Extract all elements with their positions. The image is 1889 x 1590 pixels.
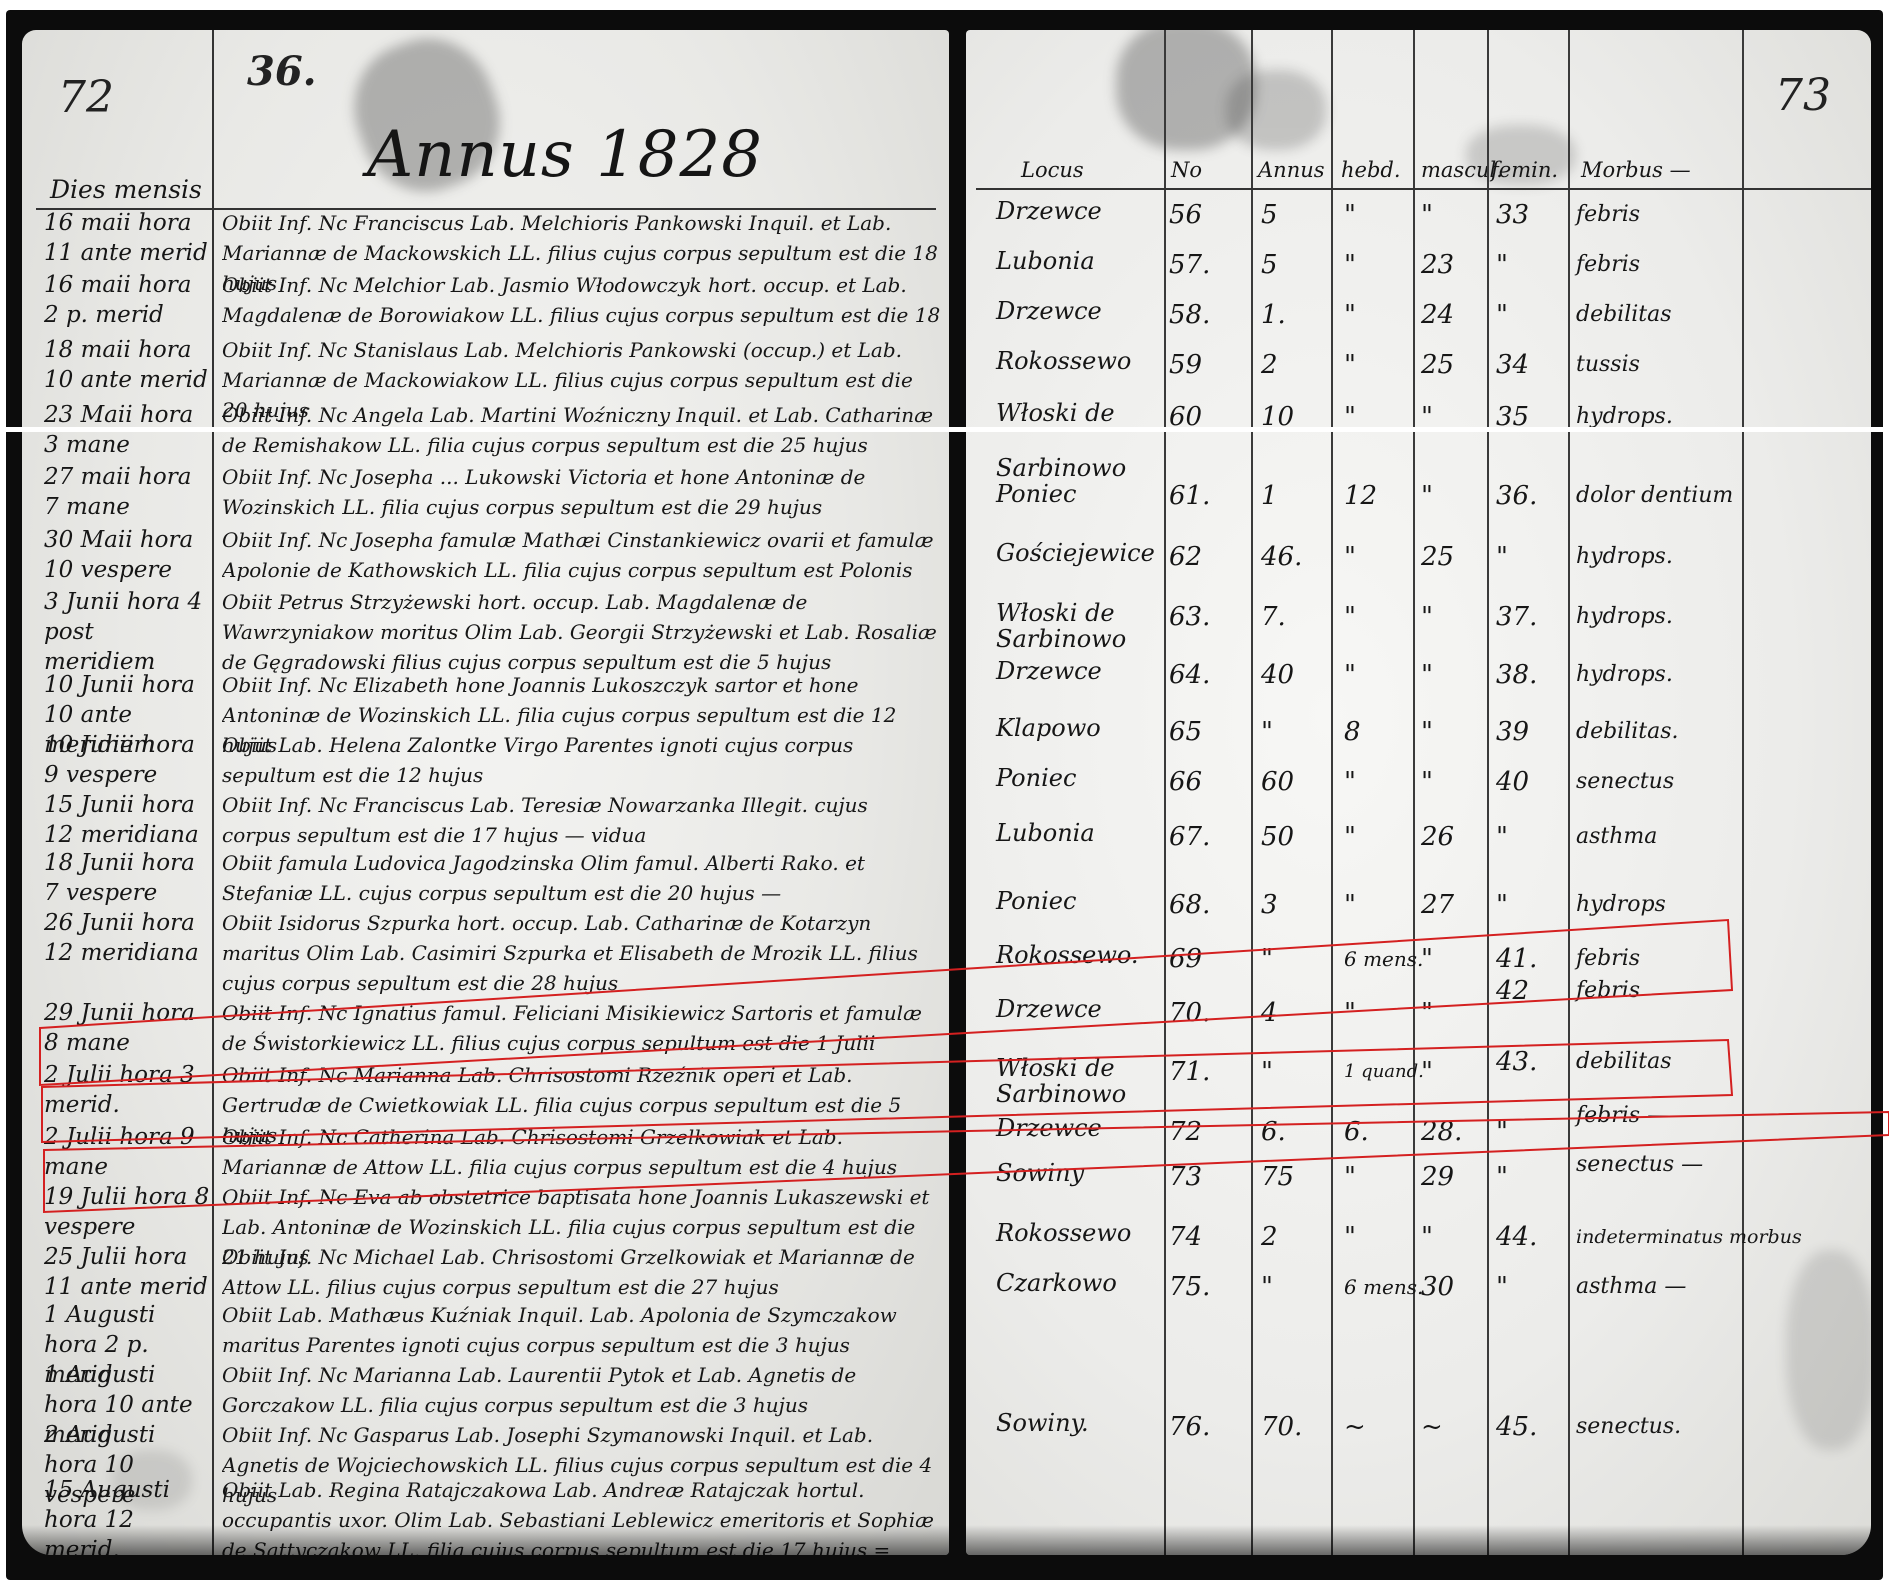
cell-disease: febris: [1576, 974, 1640, 1008]
cell-female: 34: [1496, 348, 1529, 382]
cell-female: 45.: [1496, 1410, 1537, 1444]
cell-locus: Sowiny: [996, 1160, 1161, 1186]
cell-locus: Rokossewo: [996, 348, 1161, 374]
cell-years: 3: [1261, 888, 1278, 922]
cell-number: 62: [1169, 540, 1202, 574]
cell-number: 75.: [1169, 1270, 1210, 1304]
entry-date: 18 Junii hora 7 vespere: [44, 848, 212, 908]
header-rule: [976, 188, 1871, 190]
page-title: Annus 1828: [367, 118, 763, 192]
cell-locus: Drzewce: [996, 1115, 1161, 1141]
entry-date: 18 maii hora 10 ante merid: [44, 335, 212, 395]
cell-locus: Rokossewo.: [996, 942, 1161, 968]
cell-male: ": [1421, 600, 1433, 634]
cell-female: 39: [1496, 715, 1529, 749]
cell-female: 44.: [1496, 1220, 1537, 1254]
column-header-locus: Locus: [1021, 158, 1084, 182]
entry-date: 2 Julii hora 3 merid.: [44, 1060, 212, 1120]
entry-date: 16 maii hora 2 p. merid: [44, 270, 212, 330]
cell-years: 1.: [1261, 298, 1286, 332]
cell-locus: Drzewce: [996, 298, 1161, 324]
right-page: 73 Locus No Annus hebd. mascul. femin. M…: [966, 30, 1871, 1555]
column-header-number: No: [1171, 158, 1202, 182]
table-row: Drzewce 58. 1. " 24 " debilitas: [966, 298, 1871, 348]
cell-weeks: ": [1344, 888, 1356, 922]
entry-date: 27 maii hora 7 mane: [44, 462, 212, 522]
cell-weeks: ": [1344, 540, 1356, 574]
table-row: Drzewce 64. 40 " " 38. hydrops.: [966, 658, 1871, 708]
page-edge-shadow: [22, 1525, 949, 1555]
cell-male: ": [1421, 1220, 1433, 1254]
cell-weeks: ": [1344, 820, 1356, 854]
cell-number: 58.: [1169, 298, 1210, 332]
cell-locus: Poniec: [996, 765, 1161, 791]
cell-locus: Gościejewice: [996, 540, 1161, 566]
column-header-weeks: hebd.: [1341, 158, 1401, 182]
table-row: Sowiny. 76. 70. ~ ~ 45. senectus.: [966, 1410, 1871, 1460]
table-row: Rokossewo 74 2 " " 44. indeterminatus mo…: [966, 1220, 1871, 1270]
cell-male: 30: [1421, 1270, 1454, 1304]
cell-years: 5: [1261, 198, 1278, 232]
cell-disease: hydrops.: [1576, 540, 1673, 574]
water-stain: [1226, 70, 1326, 150]
cell-female: ": [1496, 1115, 1508, 1149]
folio-number: 36.: [247, 48, 317, 95]
cell-locus: Drzewce: [996, 198, 1161, 224]
cell-number: 57.: [1169, 248, 1210, 282]
cell-number: 69: [1169, 942, 1202, 976]
cell-years: 2: [1261, 1220, 1278, 1254]
cell-number: 59: [1169, 348, 1202, 382]
cell-years: 60: [1261, 765, 1294, 799]
column-header-disease: Morbus —: [1581, 158, 1691, 182]
table-row: Lubonia 67. 50 " 26 " asthma: [966, 820, 1871, 870]
cell-locus: Czarkowo: [996, 1270, 1161, 1296]
entry-text: Obiit Inf. Nc Catherina Lab. Chrisostomi…: [222, 1122, 942, 1182]
table-row: Czarkowo 75. " 6 mens. 30 " asthma —: [966, 1270, 1871, 1320]
entry-date: 30 Maii hora 10 vespere: [44, 525, 212, 585]
entry-text: Obiit Inf. Nc Michael Lab. Chrisostomi G…: [222, 1242, 942, 1302]
cell-years: 40: [1261, 658, 1294, 692]
entry-date: 26 Junii hora 12 meridiana: [44, 908, 212, 968]
cell-male: ": [1421, 479, 1433, 513]
cell-male: 27: [1421, 888, 1454, 922]
ledger-scan: 72 36. Annus 1828 Dies mensis 16 maii ho…: [6, 10, 1883, 1580]
cell-disease: dolor dentium: [1576, 479, 1733, 513]
entry-date: 25 Julii hora 11 ante merid: [44, 1242, 212, 1302]
cell-male: 25: [1421, 540, 1454, 574]
cell-female: 38.: [1496, 658, 1537, 692]
cell-years: ": [1261, 1055, 1273, 1089]
cell-disease: debilitas: [1576, 1045, 1672, 1079]
cell-female: ": [1496, 1270, 1508, 1304]
cell-female: ": [1496, 1160, 1508, 1194]
cell-weeks: 1 quand.: [1344, 1055, 1424, 1089]
page-number: 72: [58, 72, 114, 123]
entry-text: Obiit Isidorus Szpurka hort. occup. Lab.…: [222, 908, 942, 998]
table-row: Włoski de Sarbinowo 63. 7. " " 37. hydro…: [966, 600, 1871, 650]
table-row: Rokossewo 59 2 " 25 34 tussis: [966, 348, 1871, 398]
cell-weeks: 8: [1344, 715, 1361, 749]
cell-locus: Drzewce: [996, 996, 1161, 1022]
cell-locus: Klapowo: [996, 715, 1161, 741]
cell-locus: Włoski de: [996, 400, 1161, 426]
cell-number: 70.: [1169, 996, 1210, 1030]
entry-date: 15 Junii hora 12 meridiana: [44, 790, 212, 850]
cell-male: ": [1421, 942, 1433, 976]
table-row: Poniec 68. 3 " 27 " hydrops: [966, 888, 1871, 938]
cell-locus: Lubonia: [996, 248, 1161, 274]
cell-number: 68.: [1169, 888, 1210, 922]
cell-years: 70.: [1261, 1410, 1302, 1444]
cell-years: 46.: [1261, 540, 1302, 574]
left-page: 72 36. Annus 1828 Dies mensis 16 maii ho…: [22, 30, 949, 1555]
cell-weeks: ": [1344, 348, 1356, 382]
table-row-highlighted: Drzewce 70. 4 " " 42 febris: [966, 996, 1871, 1046]
column-divider: [212, 30, 214, 1555]
cell-weeks: ": [1344, 658, 1356, 692]
entry-date: 10 Junii hora 9 vespere: [44, 730, 212, 790]
cell-years: 50: [1261, 820, 1294, 854]
cell-disease: hydrops.: [1576, 600, 1673, 634]
entry-text: Obiit Lab. Helena Zalontke Virgo Parente…: [222, 730, 942, 790]
cell-years: ": [1261, 715, 1273, 749]
cell-female: ": [1496, 298, 1508, 332]
table-row: Gościejewice 62 46. " 25 " hydrops.: [966, 540, 1871, 590]
table-row: Sowiny 73 75 " 29 " senectus —: [966, 1160, 1871, 1210]
cell-weeks: ~: [1344, 1410, 1366, 1444]
cell-years: 75: [1261, 1160, 1294, 1194]
cell-locus: Włoski de Sarbinowo: [996, 1055, 1161, 1107]
cell-disease: asthma —: [1576, 1270, 1686, 1304]
table-row: Włoski de 60 10 " " 35 hydrops.: [966, 400, 1871, 450]
table-row: Lubonia 57. 5 " 23 " febris: [966, 248, 1871, 298]
cell-disease: febris: [1576, 942, 1640, 976]
cell-weeks: 6 mens.: [1344, 942, 1423, 976]
page-number: 73: [1775, 70, 1831, 121]
cell-male: 25: [1421, 348, 1454, 382]
cell-years: 2: [1261, 348, 1278, 382]
cell-disease: asthma: [1576, 820, 1657, 854]
cell-male: ": [1421, 996, 1433, 1030]
cell-weeks: ": [1344, 298, 1356, 332]
cell-disease: senectus.: [1576, 1410, 1681, 1444]
cell-number: 73: [1169, 1160, 1202, 1194]
cell-years: 4: [1261, 996, 1278, 1030]
column-header-date: Dies mensis: [50, 175, 202, 204]
cell-disease: debilitas.: [1576, 715, 1679, 749]
column-header-female: femin.: [1491, 158, 1558, 182]
entry-date: 16 maii hora 11 ante merid: [44, 208, 212, 268]
cell-disease: senectus: [1576, 765, 1674, 799]
cell-disease: senectus —: [1576, 1148, 1703, 1182]
cell-locus: Sarbinowo Poniec: [996, 455, 1161, 507]
table-row-highlighted: Drzewce 72 6. 6. 28. " febris —: [966, 1115, 1871, 1165]
table-row: Drzewce 56 5 " " 33 febris: [966, 198, 1871, 248]
cell-disease: febris: [1576, 248, 1640, 282]
cell-male: 24: [1421, 298, 1454, 332]
cell-male: ": [1421, 715, 1433, 749]
cell-locus: Rokossewo: [996, 1220, 1161, 1246]
cell-disease: febris: [1576, 198, 1640, 232]
page-edge-shadow: [966, 1525, 1871, 1555]
cell-female: 41.: [1496, 942, 1537, 976]
cell-years: ": [1261, 1270, 1273, 1304]
cell-number: 67.: [1169, 820, 1210, 854]
cell-weeks: ": [1344, 1220, 1356, 1254]
entry-date: 3 Junii hora 4 post meridiem: [44, 587, 212, 677]
cell-female: ": [1496, 248, 1508, 282]
cell-disease: tussis: [1576, 348, 1640, 382]
table-row: Poniec 66 60 " " 40 senectus: [966, 765, 1871, 815]
cell-number: 56: [1169, 198, 1202, 232]
cell-years: 5: [1261, 248, 1278, 282]
cell-number: 65: [1169, 715, 1202, 749]
entry-text: Obiit Inf. Nc Josepha famulæ Mathæi Cins…: [222, 525, 942, 585]
cell-disease: febris —: [1576, 1099, 1669, 1133]
entry-text: Obiit famula Ludovica Jagodzinska Olim f…: [222, 848, 942, 908]
cell-locus: Lubonia: [996, 820, 1161, 846]
cell-female: 37.: [1496, 600, 1537, 634]
cell-female: 36.: [1496, 479, 1537, 513]
cell-female: ": [1496, 888, 1508, 922]
cell-weeks: 12: [1344, 479, 1377, 513]
cell-weeks: 6 mens.: [1344, 1270, 1423, 1304]
cell-female: ": [1496, 820, 1508, 854]
cell-weeks: ": [1344, 198, 1356, 232]
entry-text: Obiit Inf. Nc Melchior Lab. Jasmio Włodo…: [222, 270, 942, 330]
column-header-years: Annus: [1258, 158, 1325, 182]
entry-date: 2 Julii hora 9 mane: [44, 1122, 212, 1182]
entry-date: 29 Junii hora 8 mane: [44, 998, 212, 1058]
cell-number: 66: [1169, 765, 1202, 799]
scan-artifact-line: [0, 427, 1889, 432]
cell-disease: hydrops: [1576, 888, 1666, 922]
entry-text: Obiit Inf. Nc Josepha ... Lukowski Victo…: [222, 462, 942, 522]
entry-text: Obiit Inf. Nc Ignatius famul. Feliciani …: [222, 998, 942, 1058]
cell-weeks: ": [1344, 248, 1356, 282]
cell-years: 7.: [1261, 600, 1286, 634]
cell-male: 28.: [1421, 1115, 1462, 1149]
cell-number: 71.: [1169, 1055, 1210, 1089]
cell-male: ": [1421, 198, 1433, 232]
cell-number: 72: [1169, 1115, 1202, 1149]
entry-date: 19 Julii hora 8 vespere: [44, 1182, 212, 1242]
cell-disease: indeterminatus morbus: [1576, 1220, 1802, 1254]
entry-text: Obiit Petrus Strzyżewski hort. occup. La…: [222, 587, 942, 677]
cell-female: 33: [1496, 198, 1529, 232]
cell-locus: Włoski de Sarbinowo: [996, 600, 1161, 652]
cell-weeks: 6.: [1344, 1115, 1369, 1149]
cell-number: 63.: [1169, 600, 1210, 634]
cell-number: 76.: [1169, 1410, 1210, 1444]
cell-male: 26: [1421, 820, 1454, 854]
cell-number: 64.: [1169, 658, 1210, 692]
table-row: Sarbinowo Poniec 61. 1 12 " 36. dolor de…: [966, 455, 1871, 505]
entry-text: Obiit Lab. Mathæus Kuźniak Inquil. Lab. …: [222, 1300, 942, 1360]
cell-years: ": [1261, 942, 1273, 976]
cell-weeks: ": [1344, 765, 1356, 799]
cell-weeks: ": [1344, 600, 1356, 634]
cell-disease: hydrops.: [1576, 658, 1673, 692]
cell-female: 40: [1496, 765, 1529, 799]
cell-number: 74: [1169, 1220, 1202, 1254]
table-row: Klapowo 65 " 8 " 39 debilitas.: [966, 715, 1871, 765]
cell-male: ~: [1421, 1410, 1443, 1444]
cell-male: ": [1421, 765, 1433, 799]
cell-male: 23: [1421, 248, 1454, 282]
entry-text: Obiit Inf. Nc Franciscus Lab. Teresiæ No…: [222, 790, 942, 850]
cell-female: 42: [1496, 974, 1529, 1008]
cell-locus: Poniec: [996, 888, 1161, 914]
cell-weeks: ": [1344, 996, 1356, 1030]
cell-male: 29: [1421, 1160, 1454, 1194]
cell-male: ": [1421, 658, 1433, 692]
cell-years: 6.: [1261, 1115, 1286, 1149]
table-row: Rokossewo. 69 " 6 mens. " 41. febris: [966, 942, 1871, 992]
cell-female: ": [1496, 540, 1508, 574]
cell-disease: debilitas: [1576, 298, 1672, 332]
cell-weeks: ": [1344, 1160, 1356, 1194]
cell-locus: Sowiny.: [996, 1410, 1161, 1436]
cell-female: 43.: [1496, 1045, 1537, 1079]
entry-text: Obiit Inf. Nc Marianna Lab. Laurentii Py…: [222, 1360, 942, 1420]
cell-number: 61.: [1169, 479, 1210, 513]
cell-locus: Drzewce: [996, 658, 1161, 684]
cell-male: ": [1421, 1055, 1433, 1089]
table-row: Włoski de Sarbinowo 71. " 1 quand. " 43.…: [966, 1055, 1871, 1105]
cell-years: 1: [1261, 479, 1278, 513]
